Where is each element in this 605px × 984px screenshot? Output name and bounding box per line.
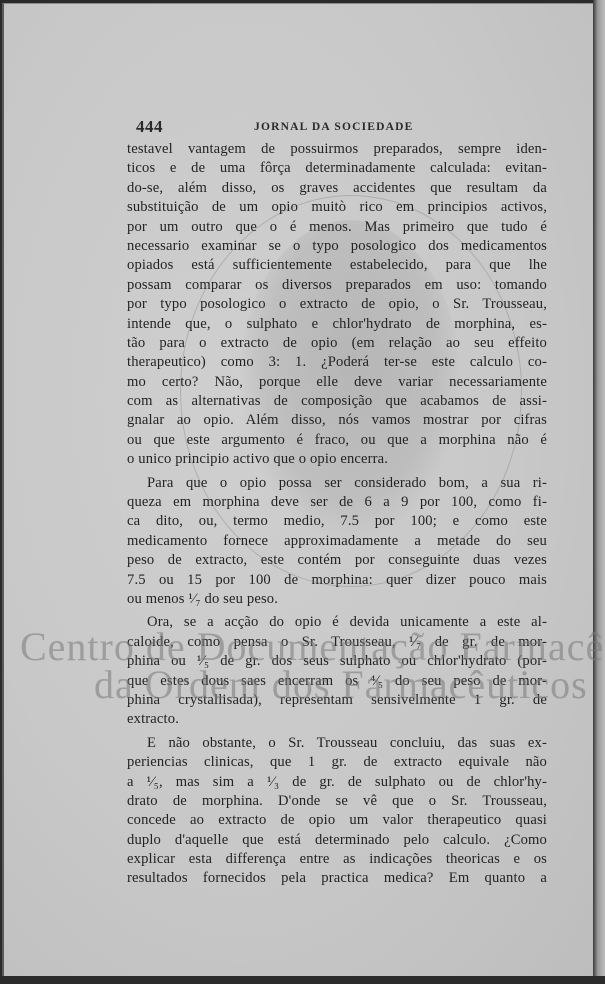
text-line: 7.5 ou 15 por 100 de morphina: quer dize… [127, 571, 547, 590]
text-line: Para que o opio possa ser considerado bo… [127, 474, 547, 493]
text-line: ticos e de uma fôrça determinadamente ca… [127, 159, 547, 178]
paragraph-2: Para que o opio possa ser considerado bo… [127, 474, 547, 610]
text-line: tão para o extracto de opio (em relação … [127, 334, 547, 353]
text-line: medicamento fornece approximadamente a m… [127, 532, 547, 551]
text-line: substituição de um opio muitò rico em pr… [127, 198, 547, 217]
text-line: duplo d'aquelle que está determinado pel… [127, 831, 547, 850]
text-line: do-se, além disso, os graves accidentes … [127, 179, 547, 198]
book-gutter [593, 0, 605, 984]
text-line: mo certo? Não, porque elle deve variar n… [127, 373, 547, 392]
text-line: concede ao extracto de opio um valor the… [127, 811, 547, 830]
text-line: opiados está sufficientemente estabeleci… [127, 256, 547, 275]
text-line: com as alternativas de composição que ac… [127, 392, 547, 411]
watermark-text-line-2: da Ordem dos Farmacêuticos [94, 661, 588, 708]
text-line: periencias clinicas, que 1 gr. de extrac… [127, 753, 547, 772]
paragraph-4: E não obstante, o Sr. Trousseau concluiu… [127, 734, 547, 889]
text-line: o unico principio activo que o opio ence… [127, 450, 547, 469]
running-head: JORNAL DA SOCIEDADE [254, 121, 414, 133]
text-line: explicar esta differença entre as indica… [127, 850, 547, 869]
text-line: queza em morphina deve ser de 6 a 9 por … [127, 493, 547, 512]
page-header: 444 JORNAL DA SOCIEDADE [136, 117, 546, 135]
text-line: resultados fornecidos pela practica medi… [127, 869, 547, 888]
text-line: ou que este argumento é fraco, ou que a … [127, 431, 547, 450]
text-line: intende que, o sulphato e chlor'hydrato … [127, 315, 547, 334]
text-line: gnalar ao opio. Além disso, nós vamos mo… [127, 411, 547, 430]
text-line: por um outro que o é menos. Mas primeiro… [127, 218, 547, 237]
text-line: testavel vantagem de possuirmos preparad… [127, 140, 547, 159]
text-line: E não obstante, o Sr. Trousseau concluiu… [127, 734, 547, 753]
text-line: ou menos ¹⁄₇ do seu peso. [127, 590, 547, 609]
text-line: ca dito, ou, termo medio, 7.5 por 100; e… [127, 512, 547, 531]
scanned-page: 444 JORNAL DA SOCIEDADE testavel vantage… [0, 0, 605, 984]
paragraph-1: testavel vantagem de possuirmos preparad… [127, 140, 547, 470]
body-text: testavel vantagem de possuirmos preparad… [127, 140, 547, 889]
text-line: peso de extracto, este contém por conseg… [127, 551, 547, 570]
scan-bottom-edge [0, 976, 605, 984]
text-line: necessario examinar se o typo posologico… [127, 237, 547, 256]
text-line: por typo posologico o extracto de opio, … [127, 295, 547, 314]
page-number: 444 [136, 117, 163, 137]
text-line: a ¹⁄₅, mas sim a ¹⁄₃ de gr. de sulphato … [127, 773, 547, 792]
text-line: extracto. [127, 710, 547, 729]
text-line: possam comparar os diversos preparados e… [127, 276, 547, 295]
text-line: therapeutico) como 3: 1. ¿Poderá ter-se … [127, 353, 547, 372]
text-line: drato de morphina. D'onde se vê que o Sr… [127, 792, 547, 811]
